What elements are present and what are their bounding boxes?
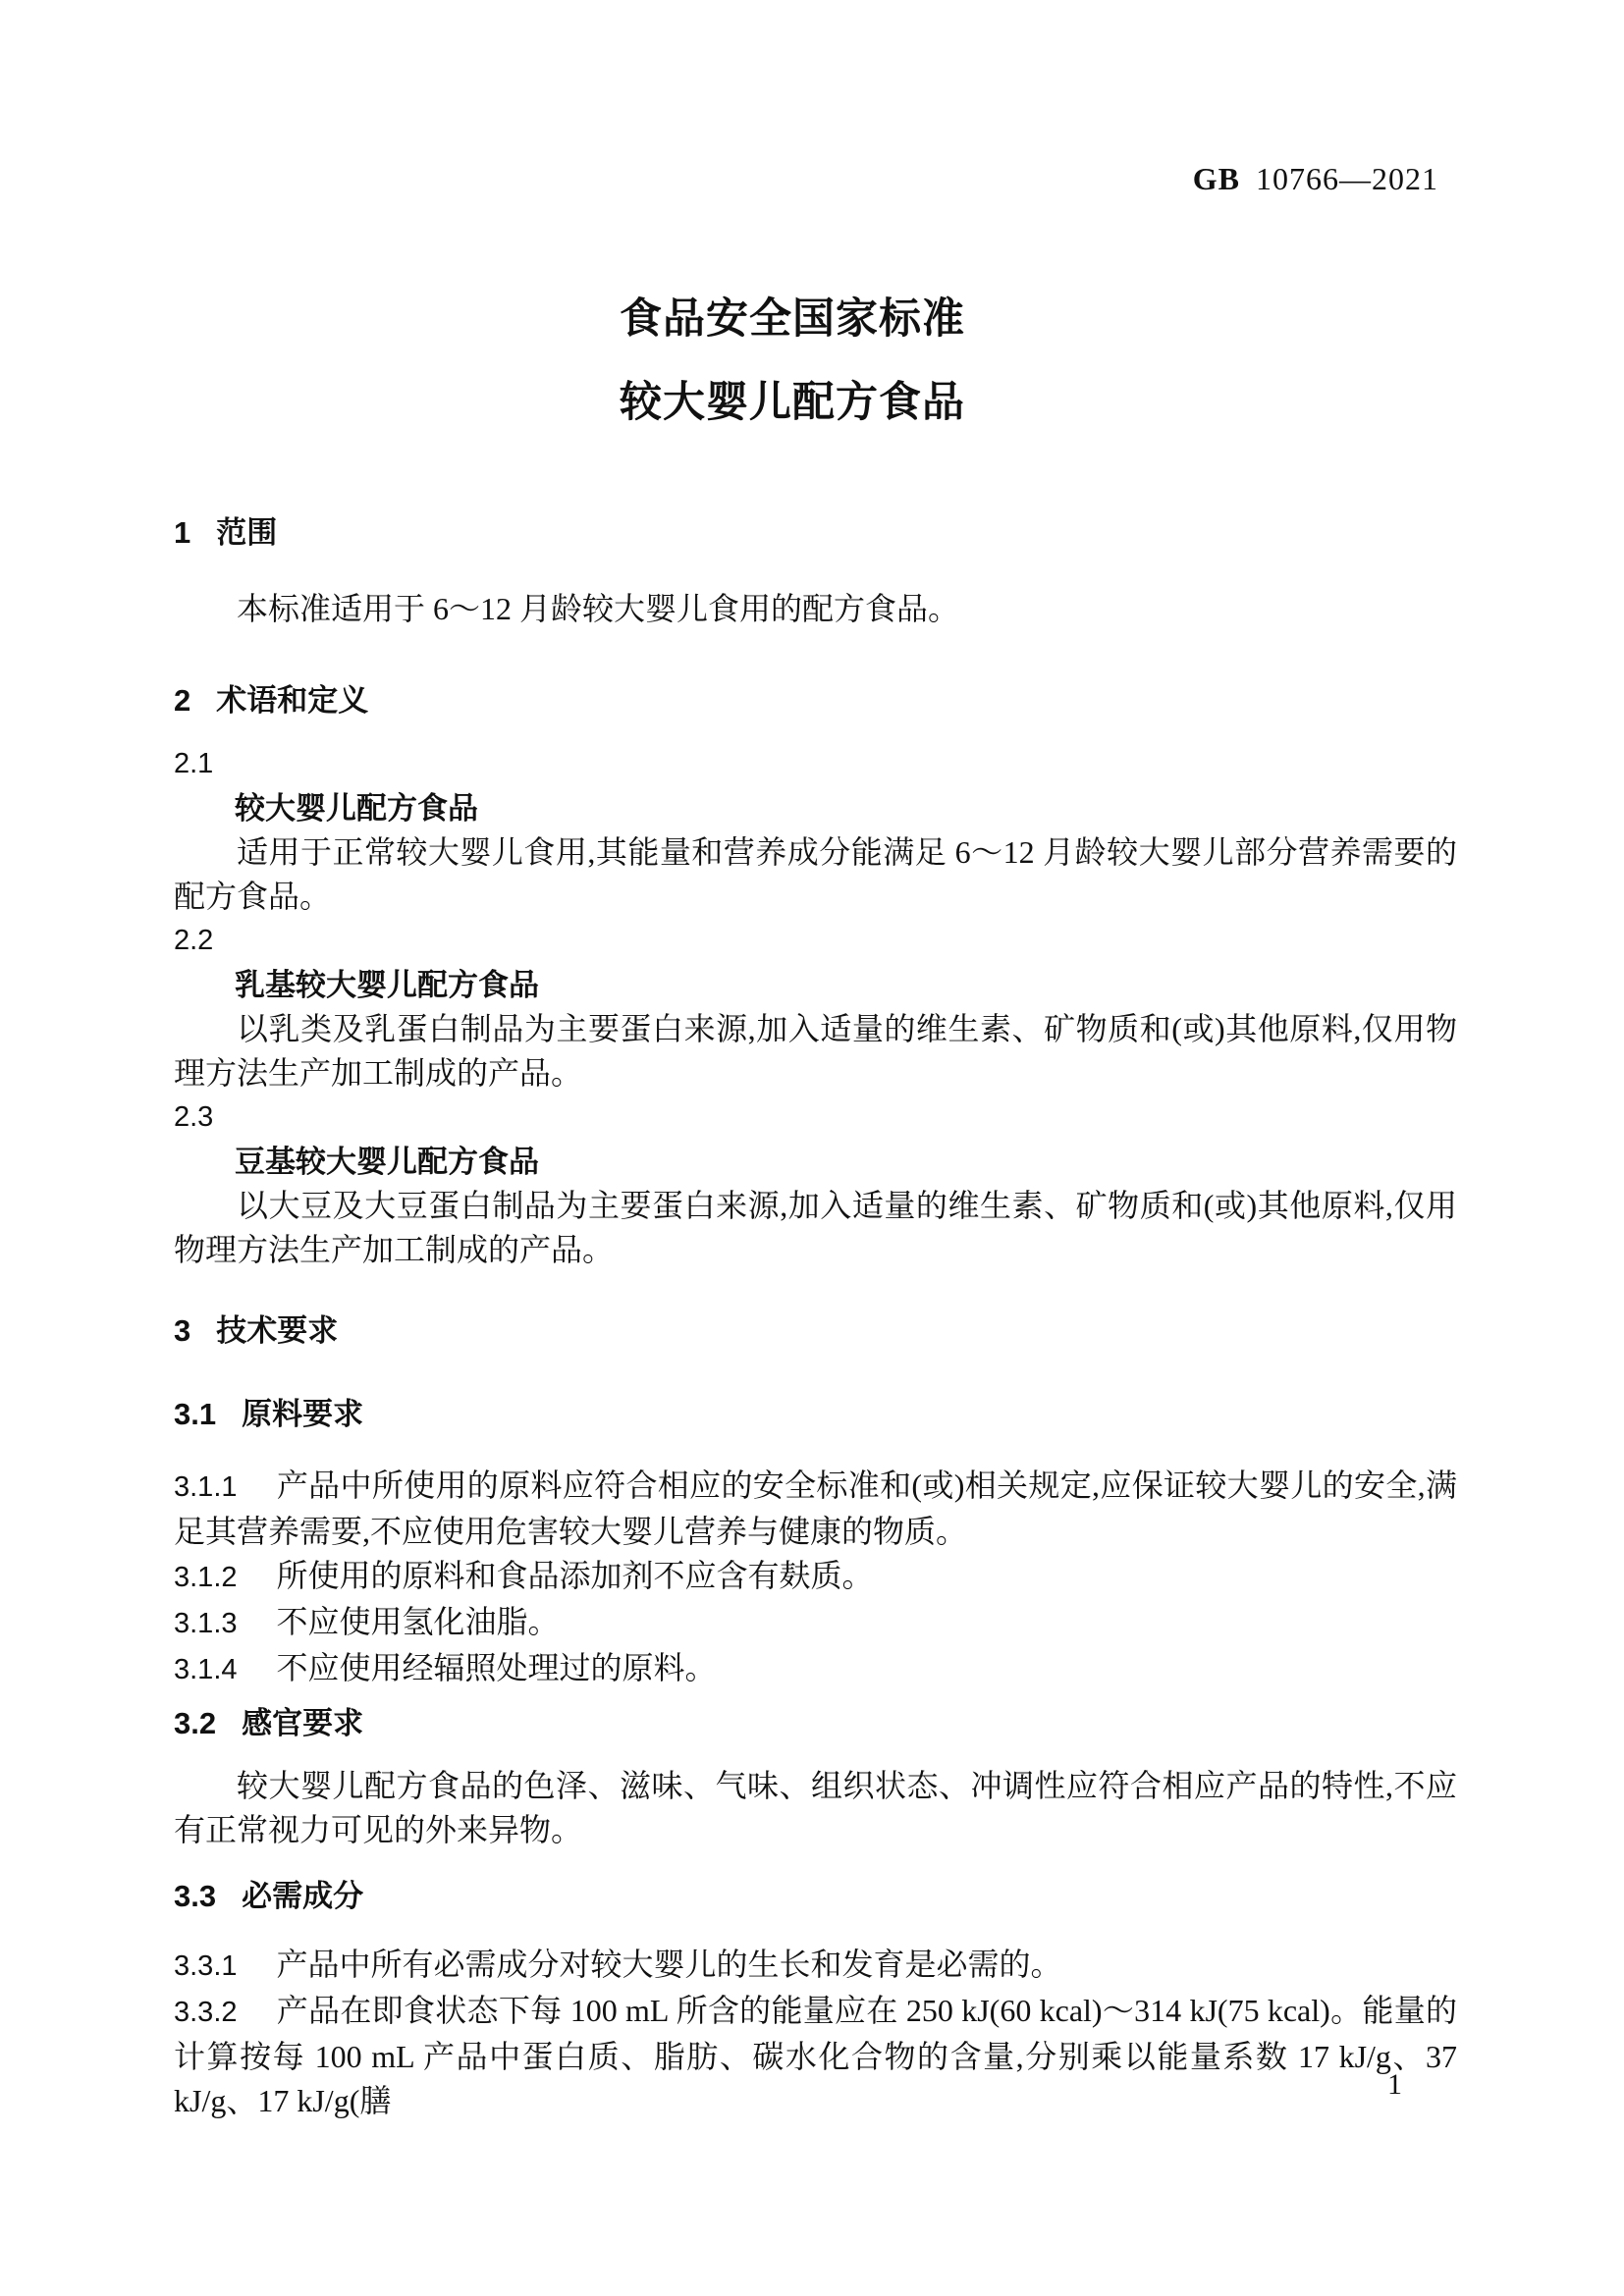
section-2-label: 术语和定义 [216,683,368,718]
section-2-body: 2.1 较大婴儿配方食品 适用于正常较大婴儿食用,其能量和营养成分能满足 6～1… [174,742,1457,1272]
clause-3-1-2: 3.1.2所使用的原料和食品添加剂不应含有麸质。 [174,1554,1457,1600]
term-2-2-name: 乳基较大婴儿配方食品 [174,963,1457,1007]
document-page: GB10766—2021 食品安全国家标准 较大婴儿配方食品 1范围 本标准适用… [0,0,1624,2296]
standard-code: 10766—2021 [1256,161,1438,196]
clause-3-1-4-number: 3.1.4 [174,1654,238,1685]
clause-3-3-2-number: 3.3.2 [174,1997,238,2028]
page-number: 1 [1387,2069,1402,2101]
section-2-number: 2 [174,683,190,718]
section-3-2-heading: 3.2感官要求 [174,1704,1457,1743]
section-3-3-number: 3.3 [174,1879,216,1913]
clause-3-1-1: 3.1.1产品中所使用的原料应符合相应的安全标准和(或)相关规定,应保证较大婴儿… [174,1464,1457,1554]
sensory-paragraph: 较大婴儿配方食品的色泽、滋味、气味、组织状态、冲调性应符合相应产品的特性,不应有… [174,1764,1457,1852]
section-1-heading: 1范围 [174,513,1457,553]
term-2-2-number: 2.2 [174,919,1457,963]
section-3-2-number: 3.2 [174,1706,216,1740]
term-2-1-definition: 适用于正常较大婴儿食用,其能量和营养成分能满足 6～12 月龄较大婴儿部分营养需… [174,830,1457,919]
clause-3-3-2: 3.3.2产品在即食状态下每 100 mL 所含的能量应在 250 kJ(60 … [174,1989,1457,2123]
clause-3-3-2-text: 产品在即食状态下每 100 mL 所含的能量应在 250 kJ(60 kcal)… [174,1993,1457,2118]
term-2-3-name: 豆基较大婴儿配方食品 [174,1140,1457,1184]
section-3-label: 技术要求 [216,1313,338,1348]
section-3-number: 3 [174,1313,190,1348]
clause-3-1-1-text: 产品中所使用的原料应符合相应的安全标准和(或)相关规定,应保证较大婴儿的安全,满… [174,1468,1457,1549]
clause-3-1-4: 3.1.4不应使用经辐照处理过的原料。 [174,1646,1457,1692]
standard-number: GB10766—2021 [1193,162,1438,195]
section-3-1-heading: 3.1原料要求 [174,1395,1457,1434]
section-2-heading: 2术语和定义 [174,681,1457,721]
term-2-3-number: 2.3 [174,1095,1457,1140]
section-3-2-label: 感官要求 [242,1706,363,1740]
section-1-label: 范围 [216,515,277,550]
scope-paragraph: 本标准适用于 6～12 月龄较大婴儿食用的配方食品。 [174,587,1457,631]
term-2-2-definition: 以乳类及乳蛋白制品为主要蛋白来源,加入适量的维生素、矿物质和(或)其他原料,仅用… [174,1007,1457,1095]
section-3-3-body: 3.3.1产品中所有必需成分对较大婴儿的生长和发育是必需的。 3.3.2产品在即… [174,1943,1457,2123]
clause-3-1-2-text: 所使用的原料和食品添加剂不应含有麸质。 [277,1558,874,1593]
document-title-line1: 食品安全国家标准 [0,296,1585,342]
section-3-3-heading: 3.3必需成分 [174,1877,1457,1916]
section-3-heading: 3技术要求 [174,1311,1457,1351]
clause-3-3-1-number: 3.3.1 [174,1950,238,1982]
term-2-1-number: 2.1 [174,742,1457,786]
term-2-1-name: 较大婴儿配方食品 [174,786,1457,830]
section-1-body: 本标准适用于 6～12 月龄较大婴儿食用的配方食品。 [174,587,1457,631]
term-2-3-definition: 以大豆及大豆蛋白制品为主要蛋白来源,加入适量的维生素、矿物质和(或)其他原料,仅… [174,1184,1457,1272]
clause-3-3-1: 3.3.1产品中所有必需成分对较大婴儿的生长和发育是必需的。 [174,1943,1457,1989]
section-3-1-body: 3.1.1产品中所使用的原料应符合相应的安全标准和(或)相关规定,应保证较大婴儿… [174,1464,1457,1692]
standard-prefix: GB [1193,161,1240,196]
document-title-line2: 较大婴儿配方食品 [0,380,1585,425]
clause-3-1-1-number: 3.1.1 [174,1471,238,1503]
section-3-1-label: 原料要求 [242,1397,363,1431]
clause-3-1-2-number: 3.1.2 [174,1562,238,1593]
clause-3-1-3: 3.1.3不应使用氢化油脂。 [174,1600,1457,1646]
clause-3-1-3-text: 不应使用氢化油脂。 [277,1604,560,1639]
clause-3-3-1-text: 产品中所有必需成分对较大婴儿的生长和发育是必需的。 [277,1947,1062,1982]
clause-3-1-3-number: 3.1.3 [174,1608,238,1639]
clause-3-1-4-text: 不应使用经辐照处理过的原料。 [277,1650,717,1685]
section-3-2-body: 较大婴儿配方食品的色泽、滋味、气味、组织状态、冲调性应符合相应产品的特性,不应有… [174,1764,1457,1852]
section-3-1-number: 3.1 [174,1397,216,1431]
section-1-number: 1 [174,515,190,550]
section-3-3-label: 必需成分 [242,1879,363,1913]
